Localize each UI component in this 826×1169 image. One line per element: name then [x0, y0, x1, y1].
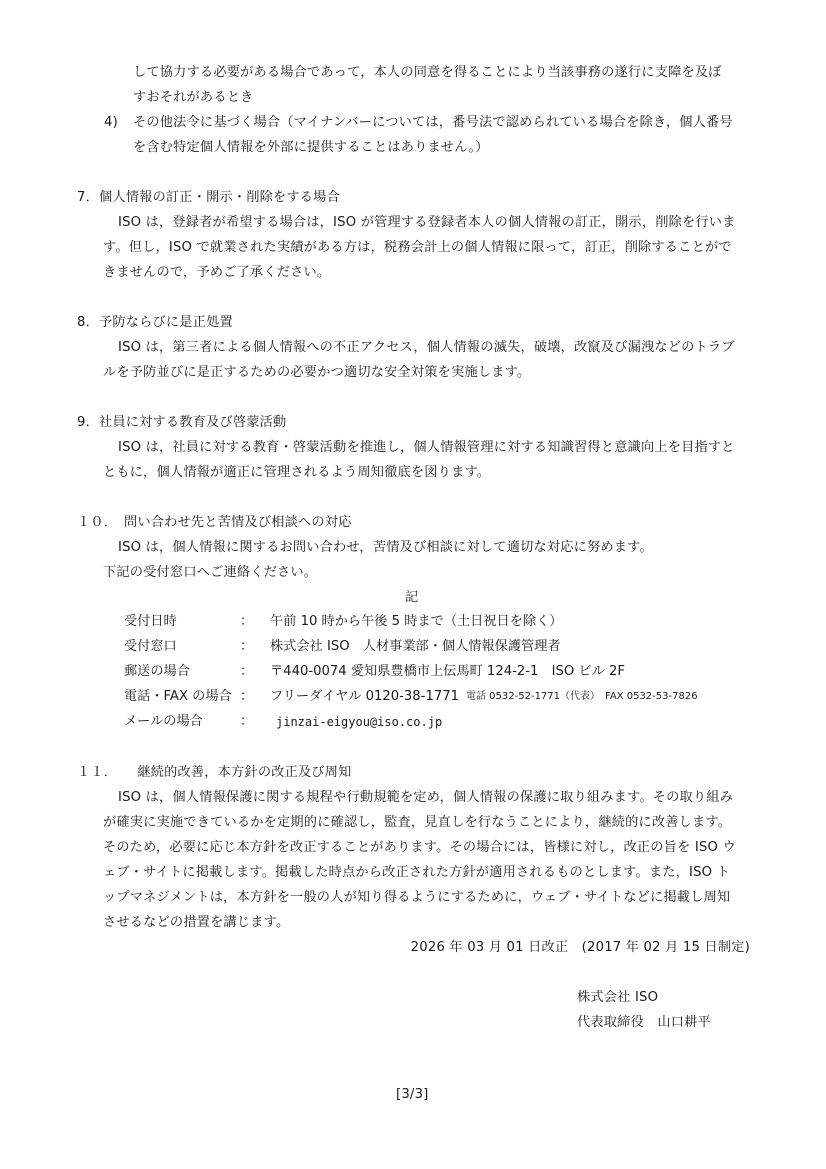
paragraph-line: ISO は，個人情報に関するお問い合わせ，苦情及び相談に対して適切な対応に努めま…: [118, 538, 653, 558]
item-number: 4): [104, 113, 118, 133]
continuation-line: して協力する必要がある場合であって，本人の同意を得ることにより当該事務の遂行に支…: [133, 63, 722, 83]
paragraph-line: ともに，個人情報が適正に管理されるよう周知徹底を図ります。: [103, 463, 490, 483]
contact-phone-fax-detail: 電話 0532-52-1771（代表） FAX 0532-53-7826: [466, 687, 698, 707]
section-heading: 7．個人情報の訂正・開示・削除をする場合: [77, 188, 340, 208]
paragraph-line: ップマネジメントは，本方針を一般の人が知り得るようにするために，ウェブ・サイトな…: [103, 888, 730, 908]
paragraph-line: ISO は，個人情報保護に関する規程や行動規範を定め，個人情報の保護に取り組みま…: [118, 788, 733, 808]
continuation-line: すおそれがあるとき: [133, 88, 254, 108]
contact-value: 午前 10 時から午後 5 時まで（土日祝日を除く）: [270, 612, 563, 632]
colon: ：: [240, 687, 253, 707]
contact-value: フリーダイヤル 0120-38-1771: [270, 687, 459, 707]
page-number: [3/3]: [396, 1085, 429, 1105]
contact-label: 受付日時: [124, 612, 177, 632]
contact-label: メールの場合: [124, 712, 203, 732]
contact-label: 電話・FAX の場合: [124, 687, 232, 707]
contact-value: 株式会社 ISO 人材事業部・個人情報保護管理者: [270, 637, 561, 657]
revision-date: 2026 年 03 月 01 日改正 (2017 年 02 月 15 日制定): [411, 938, 750, 958]
ki-marker: 記: [405, 588, 418, 608]
paragraph-line: させるなどの措置を講じます。: [103, 913, 289, 933]
paragraph-line: そのため，必要に応じ本方針を改正することがあります。その場合には，皆様に対し，改…: [103, 838, 736, 858]
paragraph-line: きませんので，予めご了承ください。: [103, 263, 330, 283]
colon: ：: [240, 637, 253, 657]
email-link[interactable]: jinzai-eigyou@iso.co.jp: [276, 712, 442, 732]
paragraph-line: ISO は，登録者が希望する場合は，ISO が管理する登録者本人の個人情報の訂正…: [118, 213, 736, 233]
paragraph-line: 下記の受付窓口へご連絡ください。: [103, 563, 317, 583]
signature-representative: 代表取締役 山口耕平: [577, 1013, 711, 1033]
colon: ：: [240, 712, 253, 732]
paragraph-line: ルを予防並びに是正するための必要かつ適切な安全対策を実施します。: [103, 363, 530, 383]
colon: ：: [240, 612, 253, 632]
list-item-text: その他法令に基づく場合（マイナンバーについては，番号法で認められている場合を除き…: [133, 113, 733, 133]
list-item-text: を含む特定個人情報を外部に提供することはありません。）: [133, 138, 489, 158]
paragraph-line: ISO は，社員に対する教育・啓蒙活動を推進し，個人情報管理に対する知識習得と意…: [118, 438, 735, 458]
paragraph-line: ISO は，第三者による個人情報への不正アクセス，個人情報の滅失，破壊，改竄及び…: [118, 338, 735, 358]
contact-value: 〒440-0074 愛知県豊橋市上伝馬町 124-2-1 ISO ビル 2F: [270, 662, 625, 682]
contact-label: 受付窓口: [124, 637, 177, 657]
section-heading: １０． 問い合わせ先と苦情及び相談への対応: [77, 513, 352, 533]
section-heading: 8．予防ならびに是正処置: [77, 313, 233, 333]
paragraph-line: す。但し，ISO で就業された実績がある方は，税務会計上の個人情報に限って，訂正…: [103, 238, 732, 258]
signature-company: 株式会社 ISO: [577, 988, 658, 1008]
paragraph-line: が確実に実施できているかを定期的に確認し，監査，見直しを行なうことにより，継続的…: [103, 813, 731, 833]
section-heading: １１． 継続的改善，本方針の改正及び周知: [77, 763, 352, 783]
paragraph-line: ェブ・サイトに掲載します。掲載した時点から改正された方針が適用されるものとします…: [103, 863, 730, 883]
section-heading: 9．社員に対する教育及び啓蒙活動: [77, 413, 286, 433]
colon: ：: [240, 662, 253, 682]
contact-label: 郵送の場合: [124, 662, 190, 682]
